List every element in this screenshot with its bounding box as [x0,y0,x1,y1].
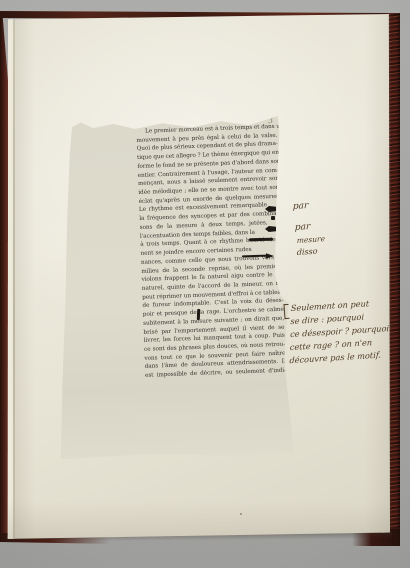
margin-bracket-mark [283,304,289,319]
handwritten-correction-disso: disso [297,247,318,257]
pasted-printed-clipping: 3 Le premier morceau est à trois temps e… [54,112,300,464]
book-cover-spine-edge [0,18,8,540]
ink-deletion-blot-small [271,216,275,220]
handwritten-margin-note: Seulement on peutse dire : pourquoice dé… [289,295,399,367]
page-curvature-shade [365,13,390,541]
gutter-shade [15,13,35,541]
printed-text-block: Le premier morceau est à trois temps et … [136,123,286,381]
ink-insertion-caret [197,309,200,320]
handwritten-correction-par: par [295,222,311,233]
ink-strikethrough-line [249,238,273,242]
handwritten-correction-par: par [293,201,309,212]
dust-speck [240,513,242,515]
